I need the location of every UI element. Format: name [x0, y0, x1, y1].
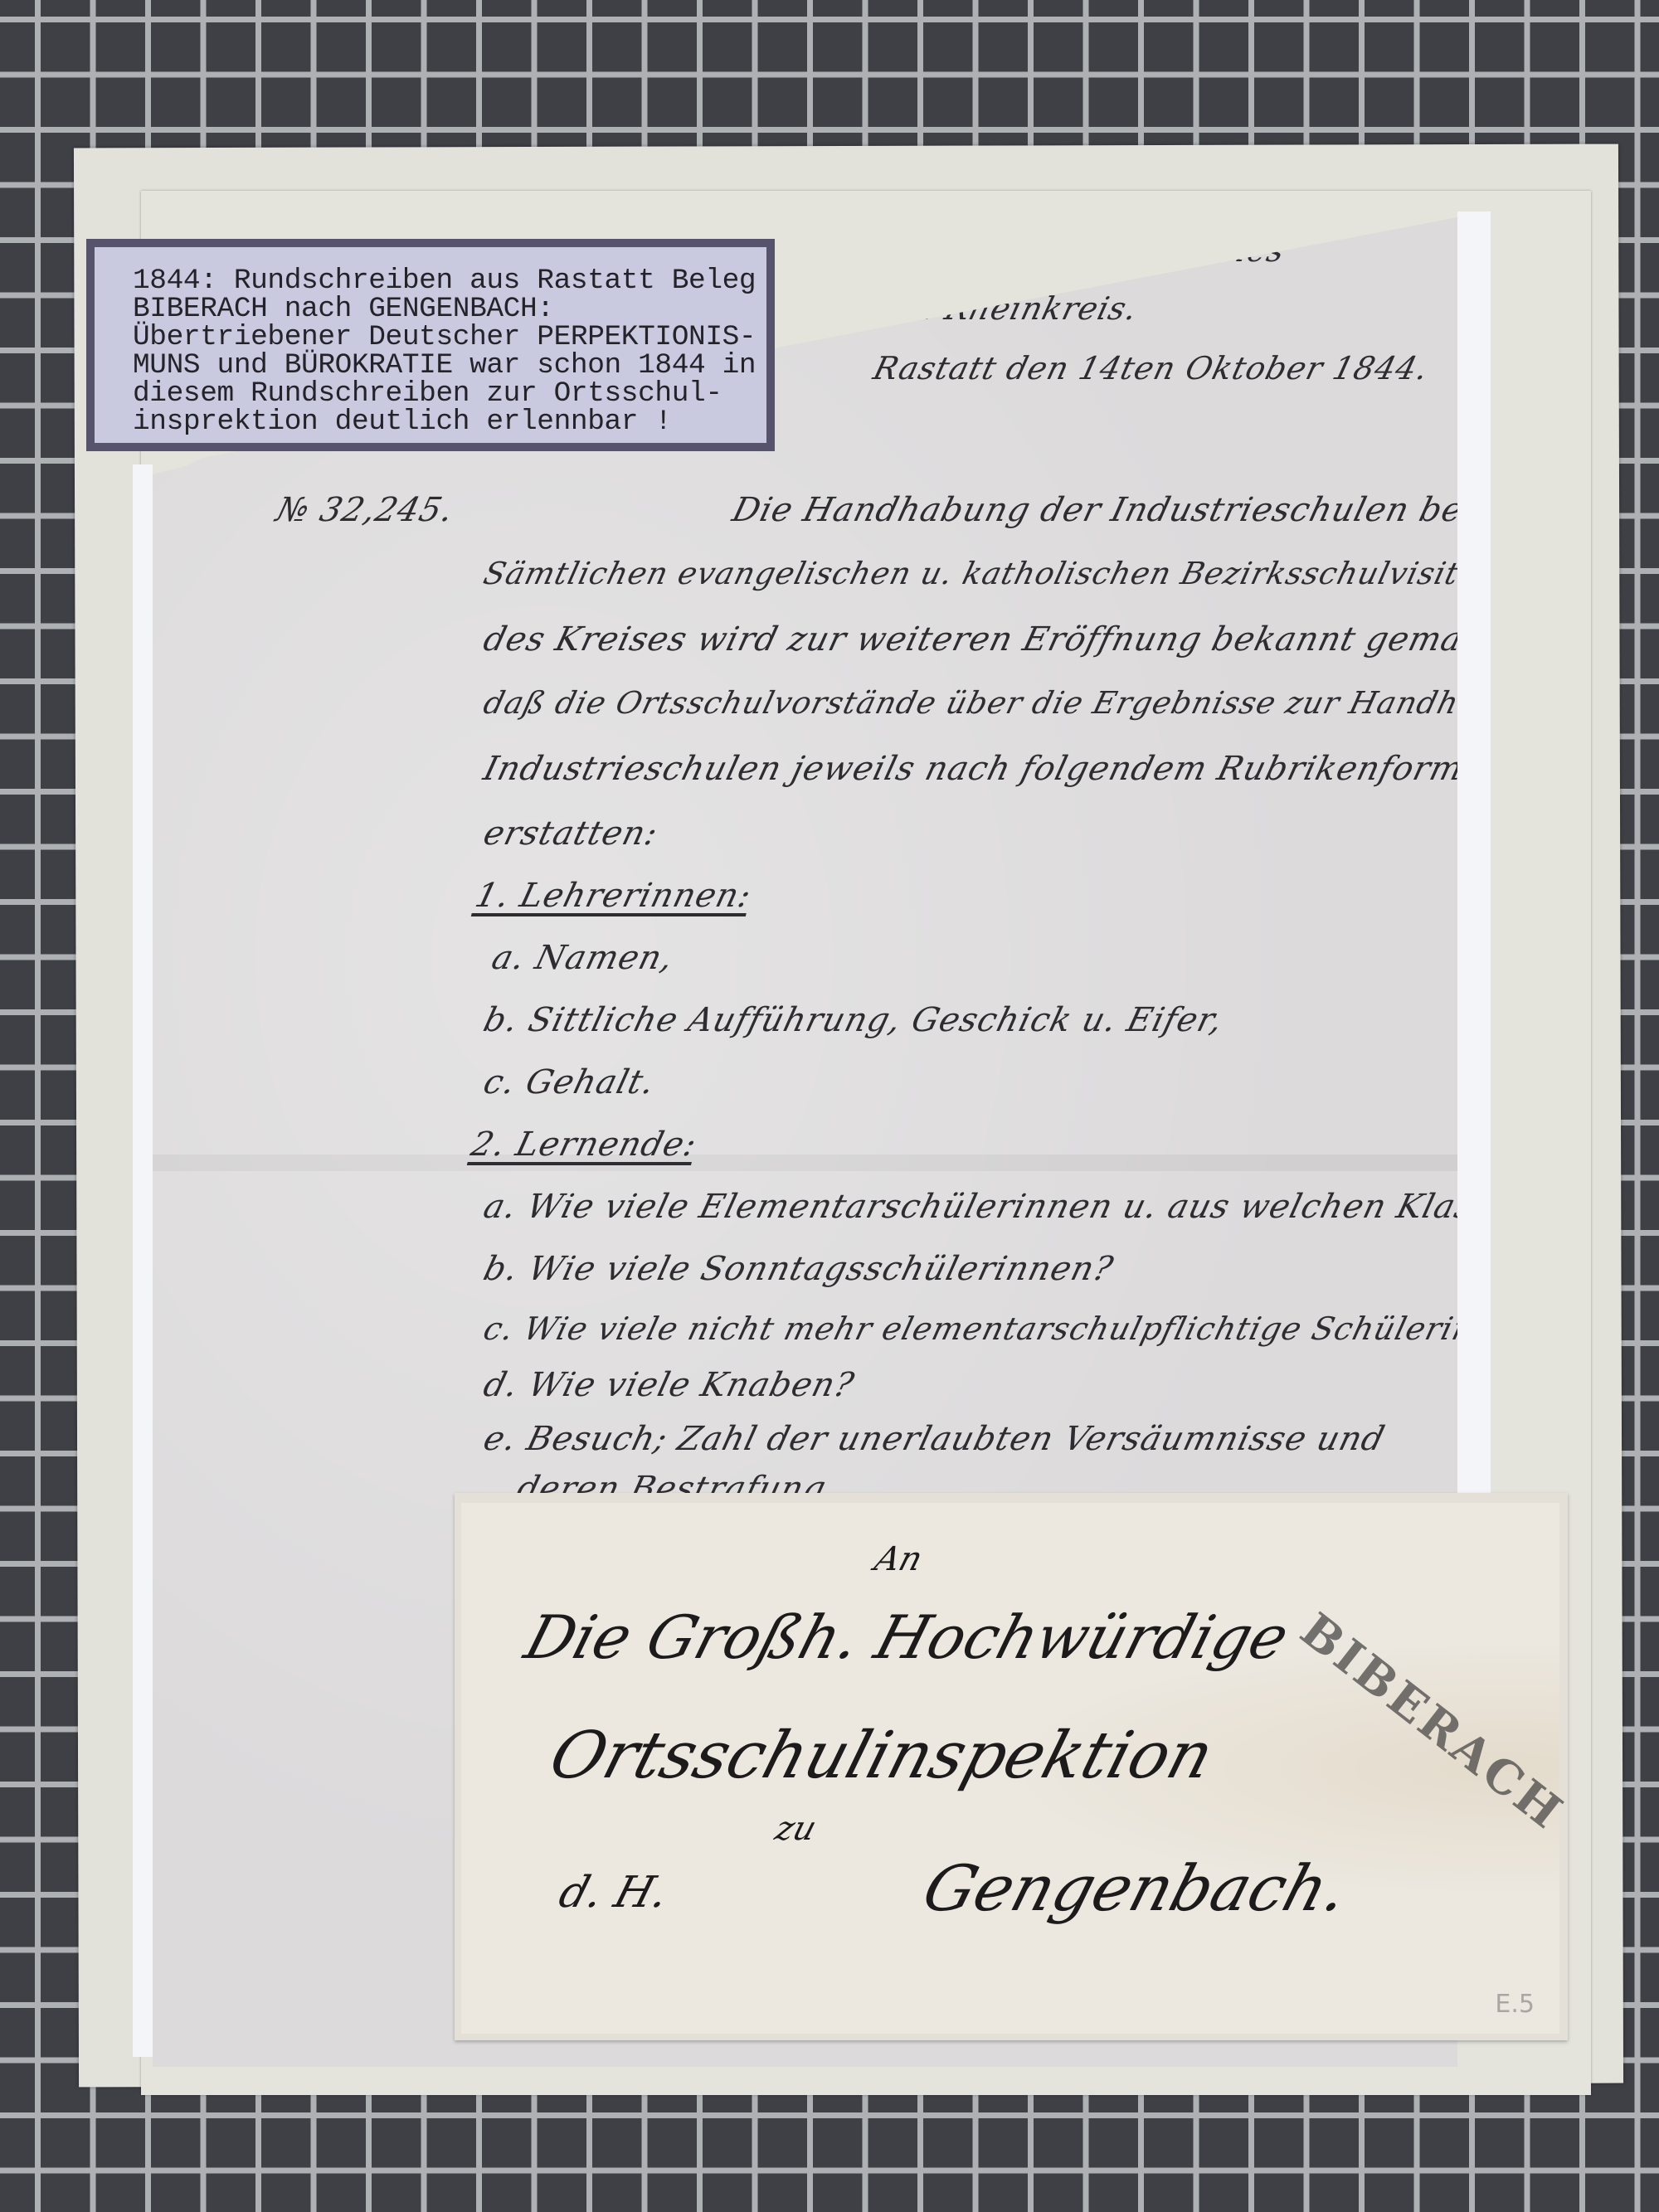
letter-body-line: des Kreises wird zur weiteren Eröffnung … [479, 620, 1534, 659]
label-line: 1844: Rundschreiben aus Rastatt Beleg [133, 267, 766, 295]
label-line: insprektion deutlich erlennbar ! [133, 408, 766, 436]
mount-strip-right [1457, 211, 1491, 1505]
letter-date-line: Rastatt den 14ten Oktober 1844. [870, 350, 1433, 386]
letter-body-line: Sämtlichen evangelischen u. katholischen… [480, 556, 1572, 591]
section-item: c. Wie viele nicht mehr elementarschulpf… [480, 1310, 1559, 1347]
pencil-note: E.5 [1495, 1990, 1535, 2019]
address-line-2: Die Großh. Hochwürdige [518, 1602, 1297, 1672]
address-line-3: Ortsschulinspektion [542, 1719, 1222, 1793]
address-line-town: Gengenbach. [915, 1851, 1356, 1925]
biberach-postmark: BIBERACH [1290, 1602, 1574, 1841]
section-item: b. Wie viele Sonntagsschülerinnen? [479, 1250, 1117, 1288]
section-item: d. Wie viele Knaben? [479, 1366, 858, 1404]
envelope-cover: An Die Großh. Hochwürdige Ortsschulinspe… [461, 1503, 1559, 2034]
section-item: e. Besuch; Zahl der unerlaubten Versäumn… [479, 1420, 1389, 1458]
section-item: a. Namen, [488, 939, 678, 977]
label-line: BIBERACH nach GENGENBACH: [133, 295, 766, 323]
mount-strip-left [133, 464, 153, 2057]
label-line: diesem Rundschreiben zur Ortsschul- [133, 380, 766, 408]
label-line: Übertriebener Deutscher PERPEKTIONIS- [133, 323, 766, 352]
section-item: a. Wie viele Elementarschülerinnen u. au… [479, 1188, 1557, 1226]
description-label: 1844: Rundschreiben aus Rastatt Beleg BI… [86, 239, 775, 451]
label-line: MUNS und BÜROKRATIE war schon 1844 in [133, 352, 766, 380]
address-line-an: An [870, 1540, 927, 1578]
reference-number: № 32,245. [272, 491, 458, 529]
address-abbrev: d. H. [553, 1868, 674, 1918]
section-heading-pupils: 2. Lernende: [467, 1125, 701, 1164]
letter-body-line: erstatten: [479, 814, 662, 853]
section-item: b. Sittliche Aufführung, Geschick u. Eif… [479, 1001, 1227, 1039]
section-item: c. Gehalt. [479, 1063, 659, 1101]
section-heading-teachers: 1. Lehrerinnen: [471, 877, 755, 915]
address-line-zu: zu [771, 1810, 820, 1848]
letter-body-line: Industrieschulen jeweils nach folgendem … [479, 750, 1590, 788]
letter-body-line: daß die Ortsschulvorstände über die Erge… [480, 685, 1630, 721]
